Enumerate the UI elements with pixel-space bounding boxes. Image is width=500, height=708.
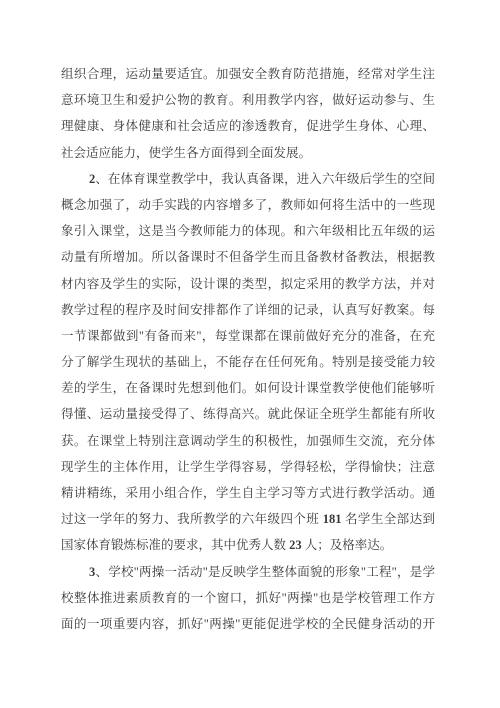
text-line: 一节课都做到"有备而来"，每堂课都在课前做好充分的准备，在充	[61, 323, 435, 349]
text-run: 名学生全部达到	[341, 512, 435, 526]
text-line: 教学过程的程序及时间安排都作了详细的记录，认真写好教案。每	[61, 297, 435, 323]
bold-number: 181	[323, 512, 342, 526]
text-run: 、学校"两操一活动"是反映学生整体面貌的形象"工程"，是学	[95, 565, 435, 579]
text-run: 社会适应能力，使学生各方面得到全面发展。	[61, 146, 311, 160]
text-line: 理健康、身体健康和社会适应的渗透教育，促进学生身体、心理、	[61, 113, 435, 139]
text-run: 理健康、身体健康和社会适应的渗透教育，促进学生身体、心理、	[61, 119, 435, 133]
document-page: 组织合理，运动量要适宜。加强安全教育防范措施，经常对学生注意环境卫生和爱护公物的…	[0, 0, 500, 708]
text-line: 得懂、运动量接受得了、练得高兴。就此保证全班学生都能有所收	[61, 401, 435, 427]
text-line: 获。在课堂上特别注意调动学生的积极性，加强师生交流，充分体	[61, 428, 435, 454]
text-line: 意环境卫生和爱护公物的教育。利用教学内容，做好运动参与、生	[61, 87, 435, 113]
text-run: 组织合理，运动量要适宜。加强安全教育防范措施，经常对学生注	[61, 67, 435, 81]
text-line: 过这一学年的努力、我所教学的六年级四个班 181 名学生全部达到	[61, 506, 435, 532]
bold-number: 23	[289, 538, 302, 552]
text-run: 面的一项重要内容，抓好"两操"更能促进学校的全民健身活动的开	[61, 617, 435, 631]
text-run: 教学过程的程序及时间安排都作了详细的记录，认真写好教案。每	[61, 303, 435, 317]
text-line: 面的一项重要内容，抓好"两操"更能促进学校的全民健身活动的开	[61, 611, 435, 637]
text-line: 组织合理，运动量要适宜。加强安全教育防范措施，经常对学生注	[61, 61, 435, 87]
text-line: 3、学校"两操一活动"是反映学生整体面貌的形象"工程"，是学	[61, 559, 435, 585]
text-run: 过这一学年的努力、我所教学的六年级四个班	[61, 512, 323, 526]
text-line: 2、在体育课堂教学中，我认真备课，进入六年级后学生的空间	[61, 166, 435, 192]
text-line: 精讲精练，采用小组合作，学生自主学习等方式进行教学活动。通	[61, 480, 435, 506]
text-line: 国家体育锻炼标准的要求，其中优秀人数 23 人；及格率达。	[61, 532, 435, 558]
text-run: 获。在课堂上特别注意调动学生的积极性，加强师生交流，充分体	[61, 434, 435, 448]
text-line: 材内容及学生的实际，设计课的类型，拟定采用的教学方法，并对	[61, 271, 435, 297]
text-line: 差的学生，在备课时先想到他们。如何设计课堂教学使他们能够听	[61, 375, 435, 401]
text-run: 校整体推进素质教育的一个窗口，抓好"两操"也是学校管理工作方	[61, 591, 435, 605]
text-line: 概念加强了，动手实践的内容增多了，教师如何将生活中的一些现	[61, 192, 435, 218]
text-run: 概念加强了，动手实践的内容增多了，教师如何将生活中的一些现	[61, 198, 435, 212]
text-run: 分了解学生现状的基础上，不能存在任何死角。特别是接受能力较	[61, 355, 435, 369]
text-run: 精讲精练，采用小组合作，学生自主学习等方式进行教学活动。通	[61, 486, 435, 500]
text-line: 社会适应能力，使学生各方面得到全面发展。	[61, 140, 435, 166]
text-run: 一节课都做到"有备而来"，每堂课都在课前做好充分的准备，在充	[61, 329, 435, 343]
text-line: 现学生的主体作用，让学生学得容易，学得轻松，学得愉快；注意	[61, 454, 435, 480]
text-run: 象引入课堂，这是当今教师能力的体现。和六年级相比五年级的运	[61, 224, 435, 238]
text-run: 动量有所增加。所以备课时不但备学生而且备教材备教法，根据教	[61, 250, 435, 264]
text-line: 分了解学生现状的基础上，不能存在任何死角。特别是接受能力较	[61, 349, 435, 375]
text-line: 象引入课堂，这是当今教师能力的体现。和六年级相比五年级的运	[61, 218, 435, 244]
text-run: 意环境卫生和爱护公物的教育。利用教学内容，做好运动参与、生	[61, 93, 435, 107]
text-run: 、在体育课堂教学中，我认真备课，进入六年级后学生的空间	[95, 172, 435, 186]
text-run: 材内容及学生的实际，设计课的类型，拟定采用的教学方法，并对	[61, 277, 435, 291]
text-content: 组织合理，运动量要适宜。加强安全教育防范措施，经常对学生注意环境卫生和爱护公物的…	[61, 61, 435, 637]
text-line: 校整体推进素质教育的一个窗口，抓好"两操"也是学校管理工作方	[61, 585, 435, 611]
text-run: 现学生的主体作用，让学生学得容易，学得轻松，学得愉快；注意	[61, 460, 435, 474]
text-run: 人；及格率达。	[302, 538, 393, 552]
text-run: 差的学生，在备课时先想到他们。如何设计课堂教学使他们能够听	[61, 381, 435, 395]
text-run: 得懂、运动量接受得了、练得高兴。就此保证全班学生都能有所收	[61, 407, 435, 421]
text-run: 国家体育锻炼标准的要求，其中优秀人数	[61, 538, 289, 552]
text-line: 动量有所增加。所以备课时不但备学生而且备教材备教法，根据教	[61, 244, 435, 270]
